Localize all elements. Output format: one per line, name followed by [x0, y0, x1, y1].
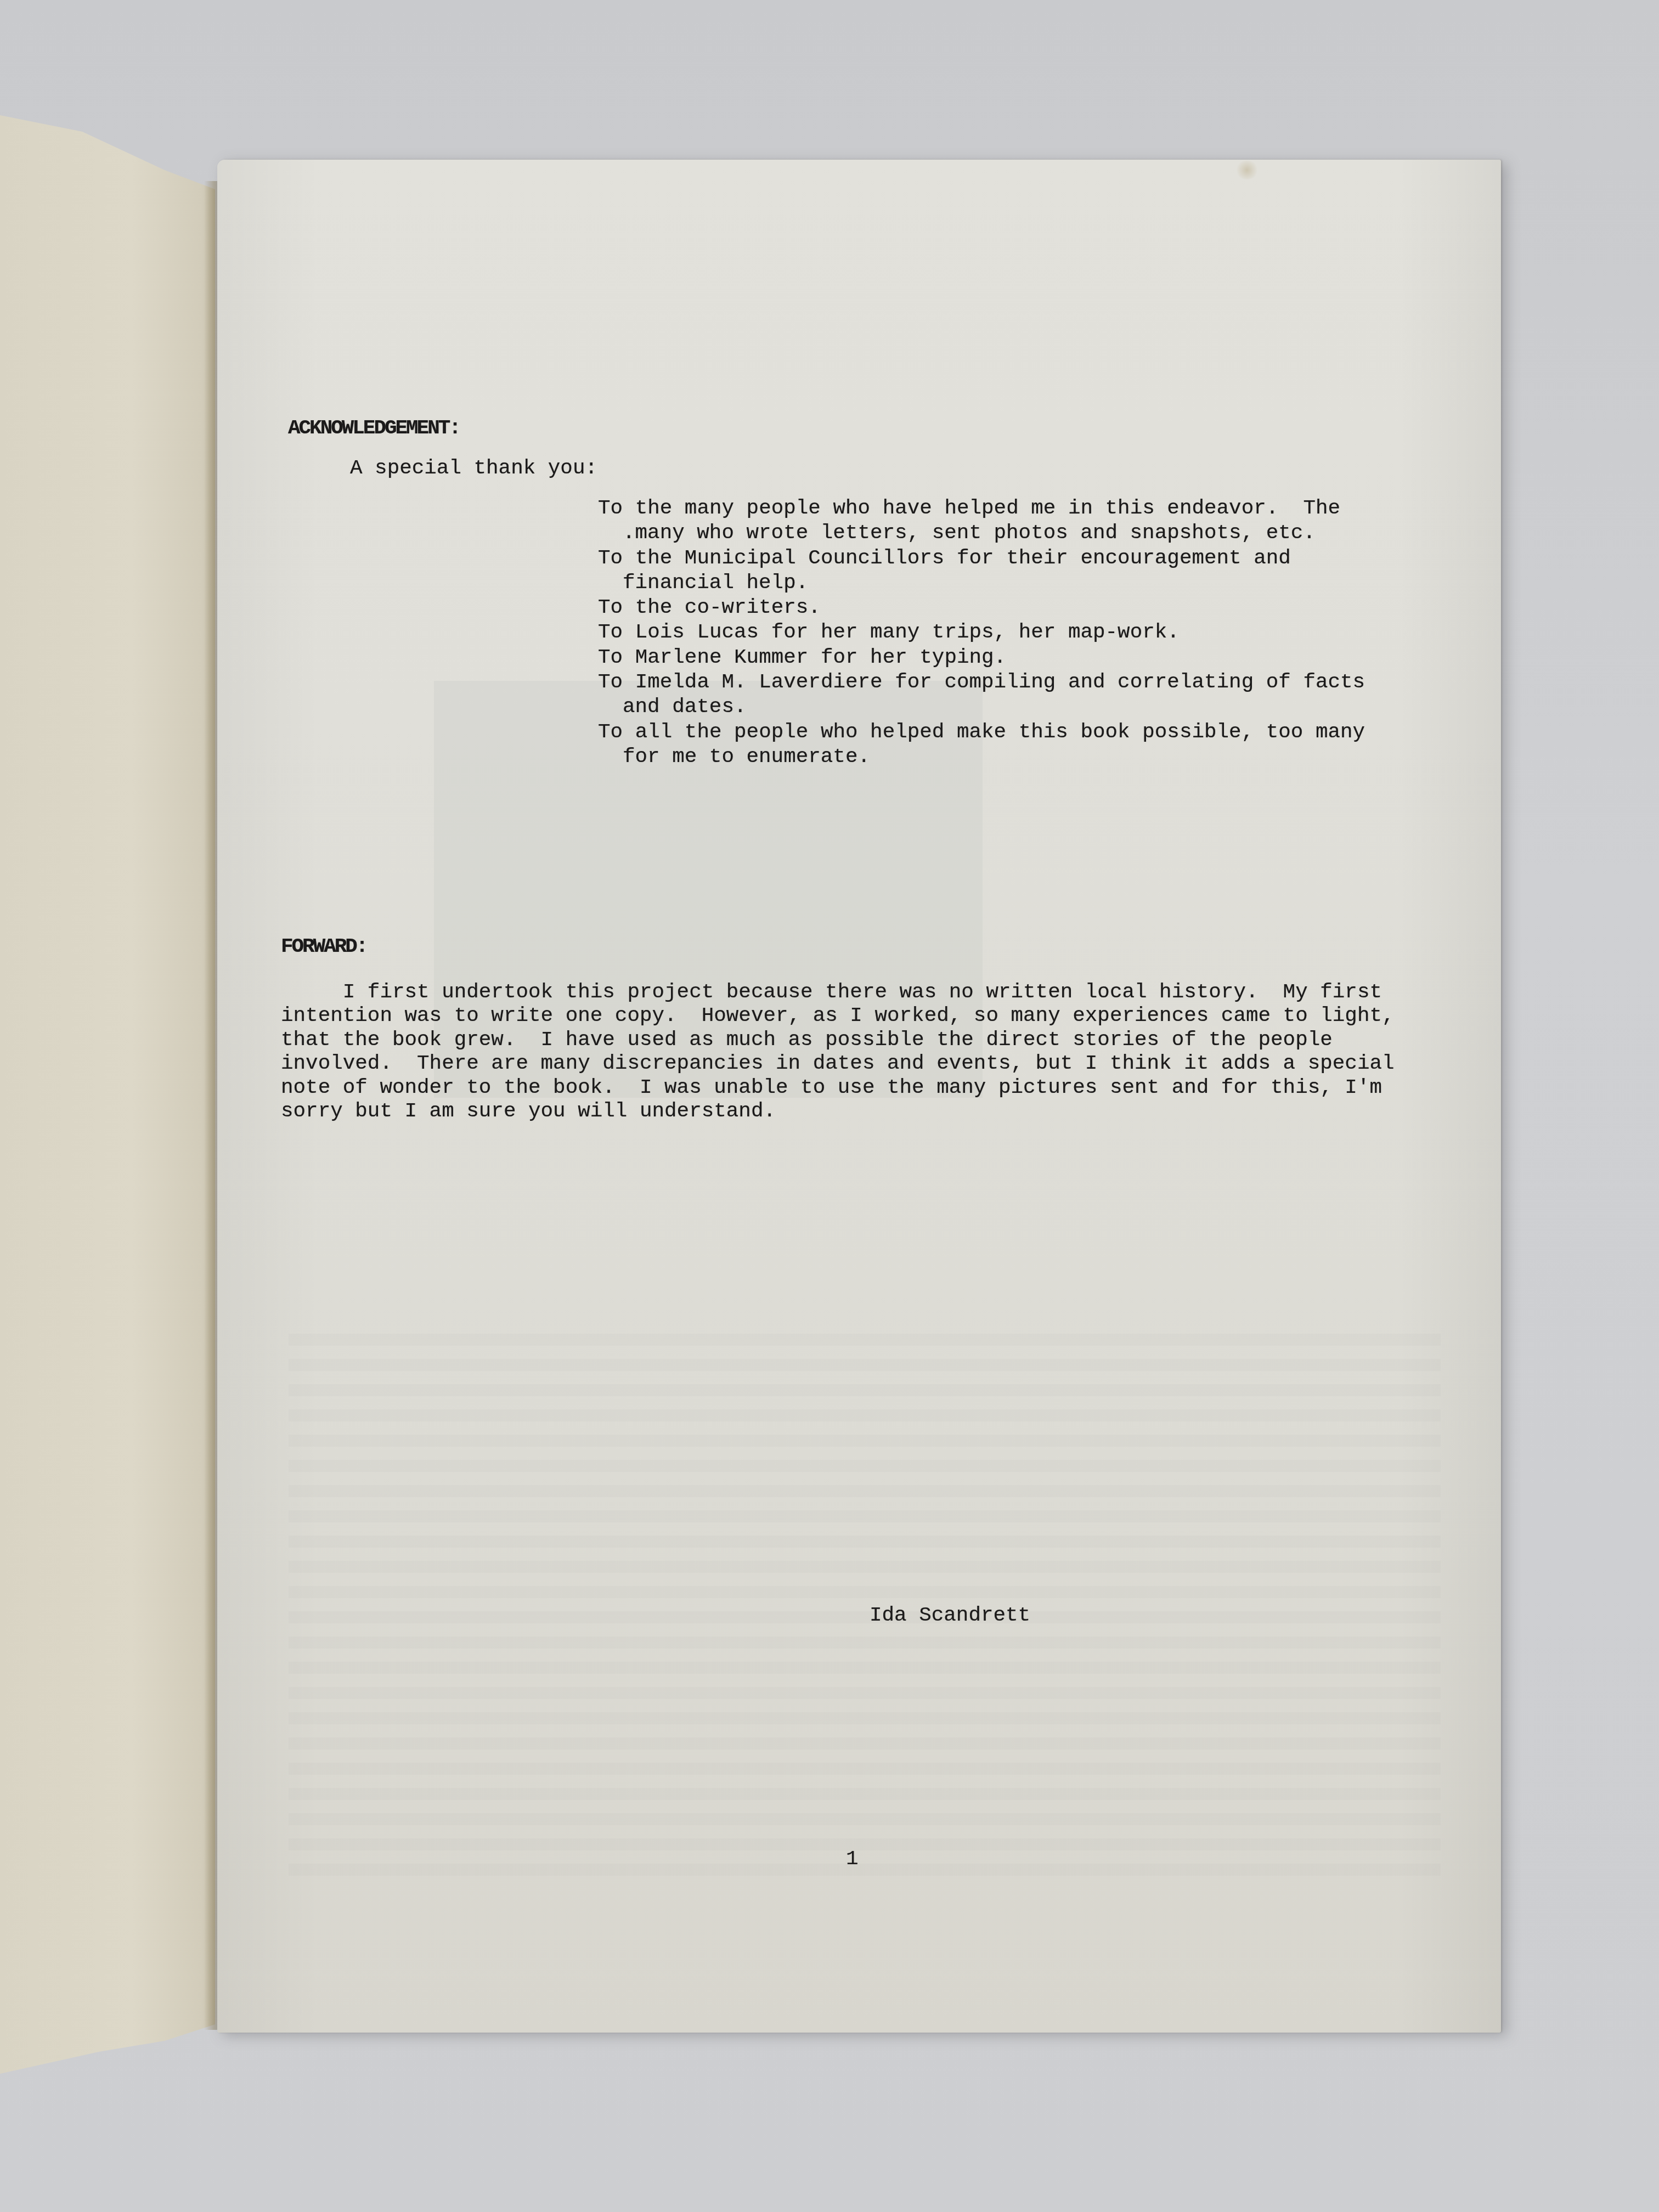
acknowledgement-intro: A special thank you:	[350, 456, 597, 481]
document-page: ACKNOWLEDGEMENT: A special thank you: To…	[217, 160, 1501, 2033]
acknowledgement-list: To the many people who have helped me in…	[598, 496, 1365, 770]
ack-item-line: To Marlene Kummer for her typing.	[598, 646, 1365, 670]
ack-item-continuation: .many who wrote letters, sent photos and…	[598, 521, 1365, 546]
ack-item-line: To the Municipal Councillors for their e…	[598, 546, 1365, 571]
ack-item-line: To the many people who have helped me in…	[598, 496, 1365, 521]
page-number: 1	[846, 1847, 859, 1872]
forward-line: involved. There are many discrepancies i…	[281, 1052, 1510, 1076]
paper-stain	[1235, 161, 1259, 179]
cover-fold-shadow	[204, 181, 218, 2030]
ack-item-continuation: and dates.	[598, 695, 1365, 720]
forward-line: I first undertook this project because t…	[281, 981, 1510, 1005]
inside-front-cover	[0, 0, 219, 2212]
ack-item-continuation: for me to enumerate.	[598, 745, 1365, 770]
forward-line: note of wonder to the book. I was unable…	[281, 1076, 1510, 1100]
forward-line: intention was to write one copy. However…	[281, 1005, 1510, 1028]
forward-heading: FORWARD:	[281, 935, 366, 960]
forward-paragraph: I first undertook this project because t…	[281, 981, 1510, 1124]
author-signature: Ida Scandrett	[870, 1604, 1030, 1628]
ack-item-continuation: financial help.	[598, 571, 1365, 596]
forward-line: sorry but I am sure you will understand.	[281, 1100, 1510, 1124]
ack-item-line: To all the people who helped make this b…	[598, 720, 1365, 745]
ack-item-line: To Lois Lucas for her many trips, her ma…	[598, 620, 1365, 645]
acknowledgement-heading: ACKNOWLEDGEMENT:	[288, 416, 460, 441]
ack-item-line: To the co-writers.	[598, 596, 1365, 620]
ack-item-line: To Imelda M. Laverdiere for compiling an…	[598, 670, 1365, 695]
reverse-side-text-bleed	[289, 1334, 1441, 1888]
forward-line: that the book grew. I have used as much …	[281, 1029, 1510, 1052]
